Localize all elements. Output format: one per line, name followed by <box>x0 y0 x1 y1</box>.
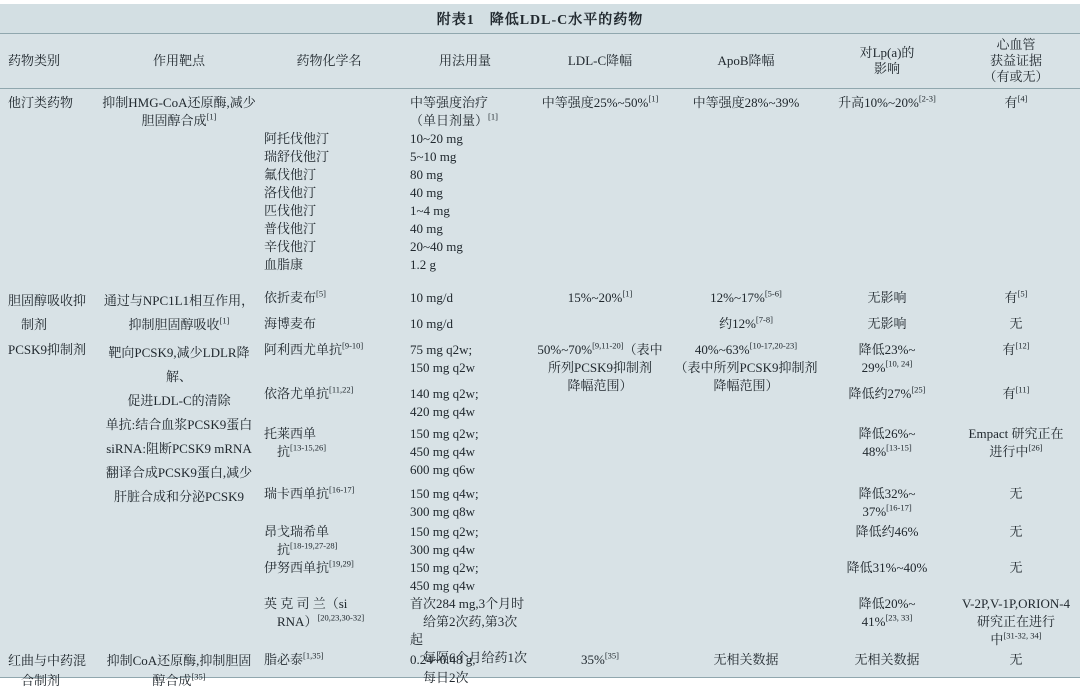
table-title: 附表1 降低LDL-C水平的药物 <box>437 9 644 29</box>
cell-chem-name: 阿利西尤单抗[9-10] <box>258 336 400 380</box>
row-hybemab: 海博麦布 10 mg/d 约12%[7-8] 无影响 无 <box>0 310 1080 336</box>
cell-cv: 有[5] <box>952 284 1080 310</box>
cell-lpa: 降低31%~40% <box>822 554 952 590</box>
cell-empty <box>100 554 258 590</box>
cell-dosage: 150 mg q4w;300 mg q8w <box>400 480 530 518</box>
cell-drug-class: PCSK9抑制剂 <box>0 336 100 380</box>
cell-lpa: 升高10%~20%[2-3] <box>822 89 952 284</box>
cell-lpa: 降低23%~29%[10, 24] <box>822 336 952 380</box>
cell-empty <box>670 554 822 590</box>
cell-empty <box>0 420 100 480</box>
cell-chem-names: 阿托伐他汀瑞舒伐他汀氟伐他汀洛伐他汀匹伐他汀普伐他汀辛伐他汀血脂康 <box>258 89 400 284</box>
cell-chem-name: 昂戈瑞希单 抗[18-19,27-28] <box>258 518 400 554</box>
cell-target: 抑制HMG-CoA还原酶,减少胆固醇合成[1] <box>100 89 258 284</box>
cell-empty <box>670 420 822 480</box>
cell-lpa: 降低约27%[25] <box>822 380 952 420</box>
cell-lpa: 降低26%~48%[13-15] <box>822 420 952 480</box>
cell-apob: 12%~17%[5-6] <box>670 284 822 310</box>
cell-ldlc: 35%[35] <box>530 646 670 677</box>
cell-lpa: 降低32%~37%[16-17] <box>822 480 952 518</box>
cell-empty <box>530 380 670 420</box>
cell-dosage: 150 mg q2w;450 mg q4w <box>400 554 530 590</box>
cell-cv: 有[4] <box>952 89 1080 284</box>
cell-chem-name: 英 克 司 兰（si RNA）[20,23,30-32] <box>258 590 400 646</box>
cell-empty <box>0 554 100 590</box>
cell-lpa: 无相关数据 <box>822 646 952 677</box>
cell-empty <box>100 420 258 480</box>
cell-dosage: 10 mg/d <box>400 310 530 336</box>
column-header-target: 作用靶点 <box>100 34 258 88</box>
cell-empty <box>530 554 670 590</box>
cell-dosage: 75 mg q2w;150 mg q2w <box>400 336 530 380</box>
cell-empty <box>530 590 670 646</box>
cell-empty <box>670 480 822 518</box>
table-title-band: 附表1 降低LDL-C水平的药物 <box>0 4 1080 34</box>
cell-chem-name: 瑞卡西单抗[16-17] <box>258 480 400 518</box>
cell-cv: V-2P,V-1P,ORION-4研究正在进行中[31-32, 34] <box>952 590 1080 646</box>
cell-empty <box>530 420 670 480</box>
cell-empty <box>100 518 258 554</box>
cell-chem-name: 海博麦布 <box>258 310 400 336</box>
row-ezetimibe: 胆固醇吸收抑 制剂 通过与NPC1L1相互作用，抑制胆固醇吸收[1] 依折麦布[… <box>0 284 1080 310</box>
row-inclisiran: 英 克 司 兰（si RNA）[20,23,30-32] 首次284 mg,3个… <box>0 590 1080 646</box>
column-header-lpa-effect: 对Lp(a)的影响 <box>822 34 952 88</box>
row-recaticimab: 瑞卡西单抗[16-17] 150 mg q4w;300 mg q8w 降低32%… <box>0 480 1080 518</box>
cell-target: 通过与NPC1L1相互作用，抑制胆固醇吸收[1] <box>100 284 258 310</box>
cell-cv: 无 <box>952 518 1080 554</box>
cell-target: 靶向PCSK9,减少LDLR降解、促进LDL-C的清除单抗:结合血浆PCSK9蛋… <box>100 336 258 380</box>
cell-empty <box>0 480 100 518</box>
cell-empty <box>100 380 258 420</box>
cell-empty <box>100 480 258 518</box>
cell-lpa: 降低20%~41%[23, 33] <box>822 590 952 646</box>
cell-chem-name: 依洛尤单抗[11,22] <box>258 380 400 420</box>
cell-dosage: 首次284 mg,3个月时 给第2次药,第3次起 每隔6个月给药1次 <box>400 590 530 646</box>
cell-empty <box>100 590 258 646</box>
cell-chem-name: 依折麦布[5] <box>258 284 400 310</box>
column-header-apob-reduction: ApoB降幅 <box>670 34 822 88</box>
row-tafolecimab: 托莱西单 抗[13-15,26] 150 mg q2w;450 mg q4w60… <box>0 420 1080 480</box>
journal-page: ⌐ ⌐ ⌐ 附表1 降低LDL-C水平的药物 药物类别 作用靶点 药物化学名 用… <box>0 0 1080 687</box>
cell-dosage: 150 mg q2w;450 mg q4w600 mg q6w <box>400 420 530 480</box>
column-header-dosage: 用法用量 <box>400 34 530 88</box>
cell-cv: 无 <box>952 646 1080 677</box>
cell-empty <box>0 590 100 646</box>
row-statins: 他汀类药物 抑制HMG-CoA还原酶,减少胆固醇合成[1] 阿托伐他汀瑞舒伐他汀… <box>0 89 1080 284</box>
cell-chem-name: 托莱西单 抗[13-15,26] <box>258 420 400 480</box>
row-ongericimab: 昂戈瑞希单 抗[18-19,27-28] 150 mg q2w;300 mg q… <box>0 518 1080 554</box>
cell-drug-class: 他汀类药物 <box>0 89 100 284</box>
column-header-chemical-name: 药物化学名 <box>258 34 400 88</box>
cell-dosage: 10 mg/d <box>400 284 530 310</box>
cell-empty <box>530 480 670 518</box>
cell-chem-name: 脂必泰[1,35] <box>258 646 400 677</box>
cell-ldlc: 50%~70%[9,11-20]（表中所列PCSK9抑制剂降幅范围） <box>530 336 670 380</box>
row-zhibitai: 红曲与中药混 合制剂 抑制CoA还原酶,抑制胆固醇合成[35] 脂必泰[1,35… <box>0 646 1080 677</box>
cell-empty <box>530 310 670 336</box>
cell-lpa: 降低约46% <box>822 518 952 554</box>
cell-lpa: 无影响 <box>822 310 952 336</box>
cell-ldlc: 15%~20%[1] <box>530 284 670 310</box>
cell-dosage: 0.24~0.48 g, 每日2次 <box>400 646 530 677</box>
cell-drug-class: 红曲与中药混 合制剂 <box>0 646 100 677</box>
cell-empty <box>100 310 258 336</box>
cell-apob: 约12%[7-8] <box>670 310 822 336</box>
cell-cv: Empact 研究正在进行中[26] <box>952 420 1080 480</box>
cell-empty <box>0 310 100 336</box>
cell-cv: 无 <box>952 554 1080 590</box>
cell-ldlc: 中等强度25%~50%[1] <box>530 89 670 284</box>
cell-target: 抑制CoA还原酶,抑制胆固醇合成[35] <box>100 646 258 677</box>
cell-apob: 中等强度28%~39% <box>670 89 822 284</box>
cell-dosage: 150 mg q2w;300 mg q4w <box>400 518 530 554</box>
cell-empty <box>0 518 100 554</box>
cell-chem-name: 伊努西单抗[19,29] <box>258 554 400 590</box>
column-header-cv-benefit: 心血管获益证据（有或无） <box>952 34 1080 88</box>
cell-cv: 有[11] <box>952 380 1080 420</box>
column-header-ldlc-reduction: LDL-C降幅 <box>530 34 670 88</box>
cell-dosage: 140 mg q2w;420 mg q4w <box>400 380 530 420</box>
cell-dosage: 中等强度治疗（单日剂量）[1]10~20 mg5~10 mg80 mg40 mg… <box>400 89 530 284</box>
cell-cv: 无 <box>952 480 1080 518</box>
table-body: 他汀类药物 抑制HMG-CoA还原酶,减少胆固醇合成[1] 阿托伐他汀瑞舒伐他汀… <box>0 89 1080 678</box>
cell-lpa: 无影响 <box>822 284 952 310</box>
cell-cv: 有[12] <box>952 336 1080 380</box>
cell-drug-class: 胆固醇吸收抑 制剂 <box>0 284 100 310</box>
table-header-row: 药物类别 作用靶点 药物化学名 用法用量 LDL-C降幅 ApoB降幅 对Lp(… <box>0 34 1080 89</box>
appendix-table-1: 附表1 降低LDL-C水平的药物 药物类别 作用靶点 药物化学名 用法用量 LD… <box>0 4 1080 678</box>
column-header-drug-class: 药物类别 <box>0 34 100 88</box>
cell-empty <box>670 518 822 554</box>
cell-empty <box>0 380 100 420</box>
cell-cv: 无 <box>952 310 1080 336</box>
row-evolocumab: 依洛尤单抗[11,22] 140 mg q2w;420 mg q4w 降低约27… <box>0 380 1080 420</box>
cell-empty <box>670 590 822 646</box>
row-alirocumab: PCSK9抑制剂 靶向PCSK9,减少LDLR降解、促进LDL-C的清除单抗:结… <box>0 336 1080 380</box>
cell-empty <box>530 518 670 554</box>
cell-empty <box>670 380 822 420</box>
cell-apob: 40%~63%[10-17,20-23]（表中所列PCSK9抑制剂降幅范围） <box>670 336 822 380</box>
cell-apob: 无相关数据 <box>670 646 822 677</box>
row-ebronucimab: 伊努西单抗[19,29] 150 mg q2w;450 mg q4w 降低31%… <box>0 554 1080 590</box>
